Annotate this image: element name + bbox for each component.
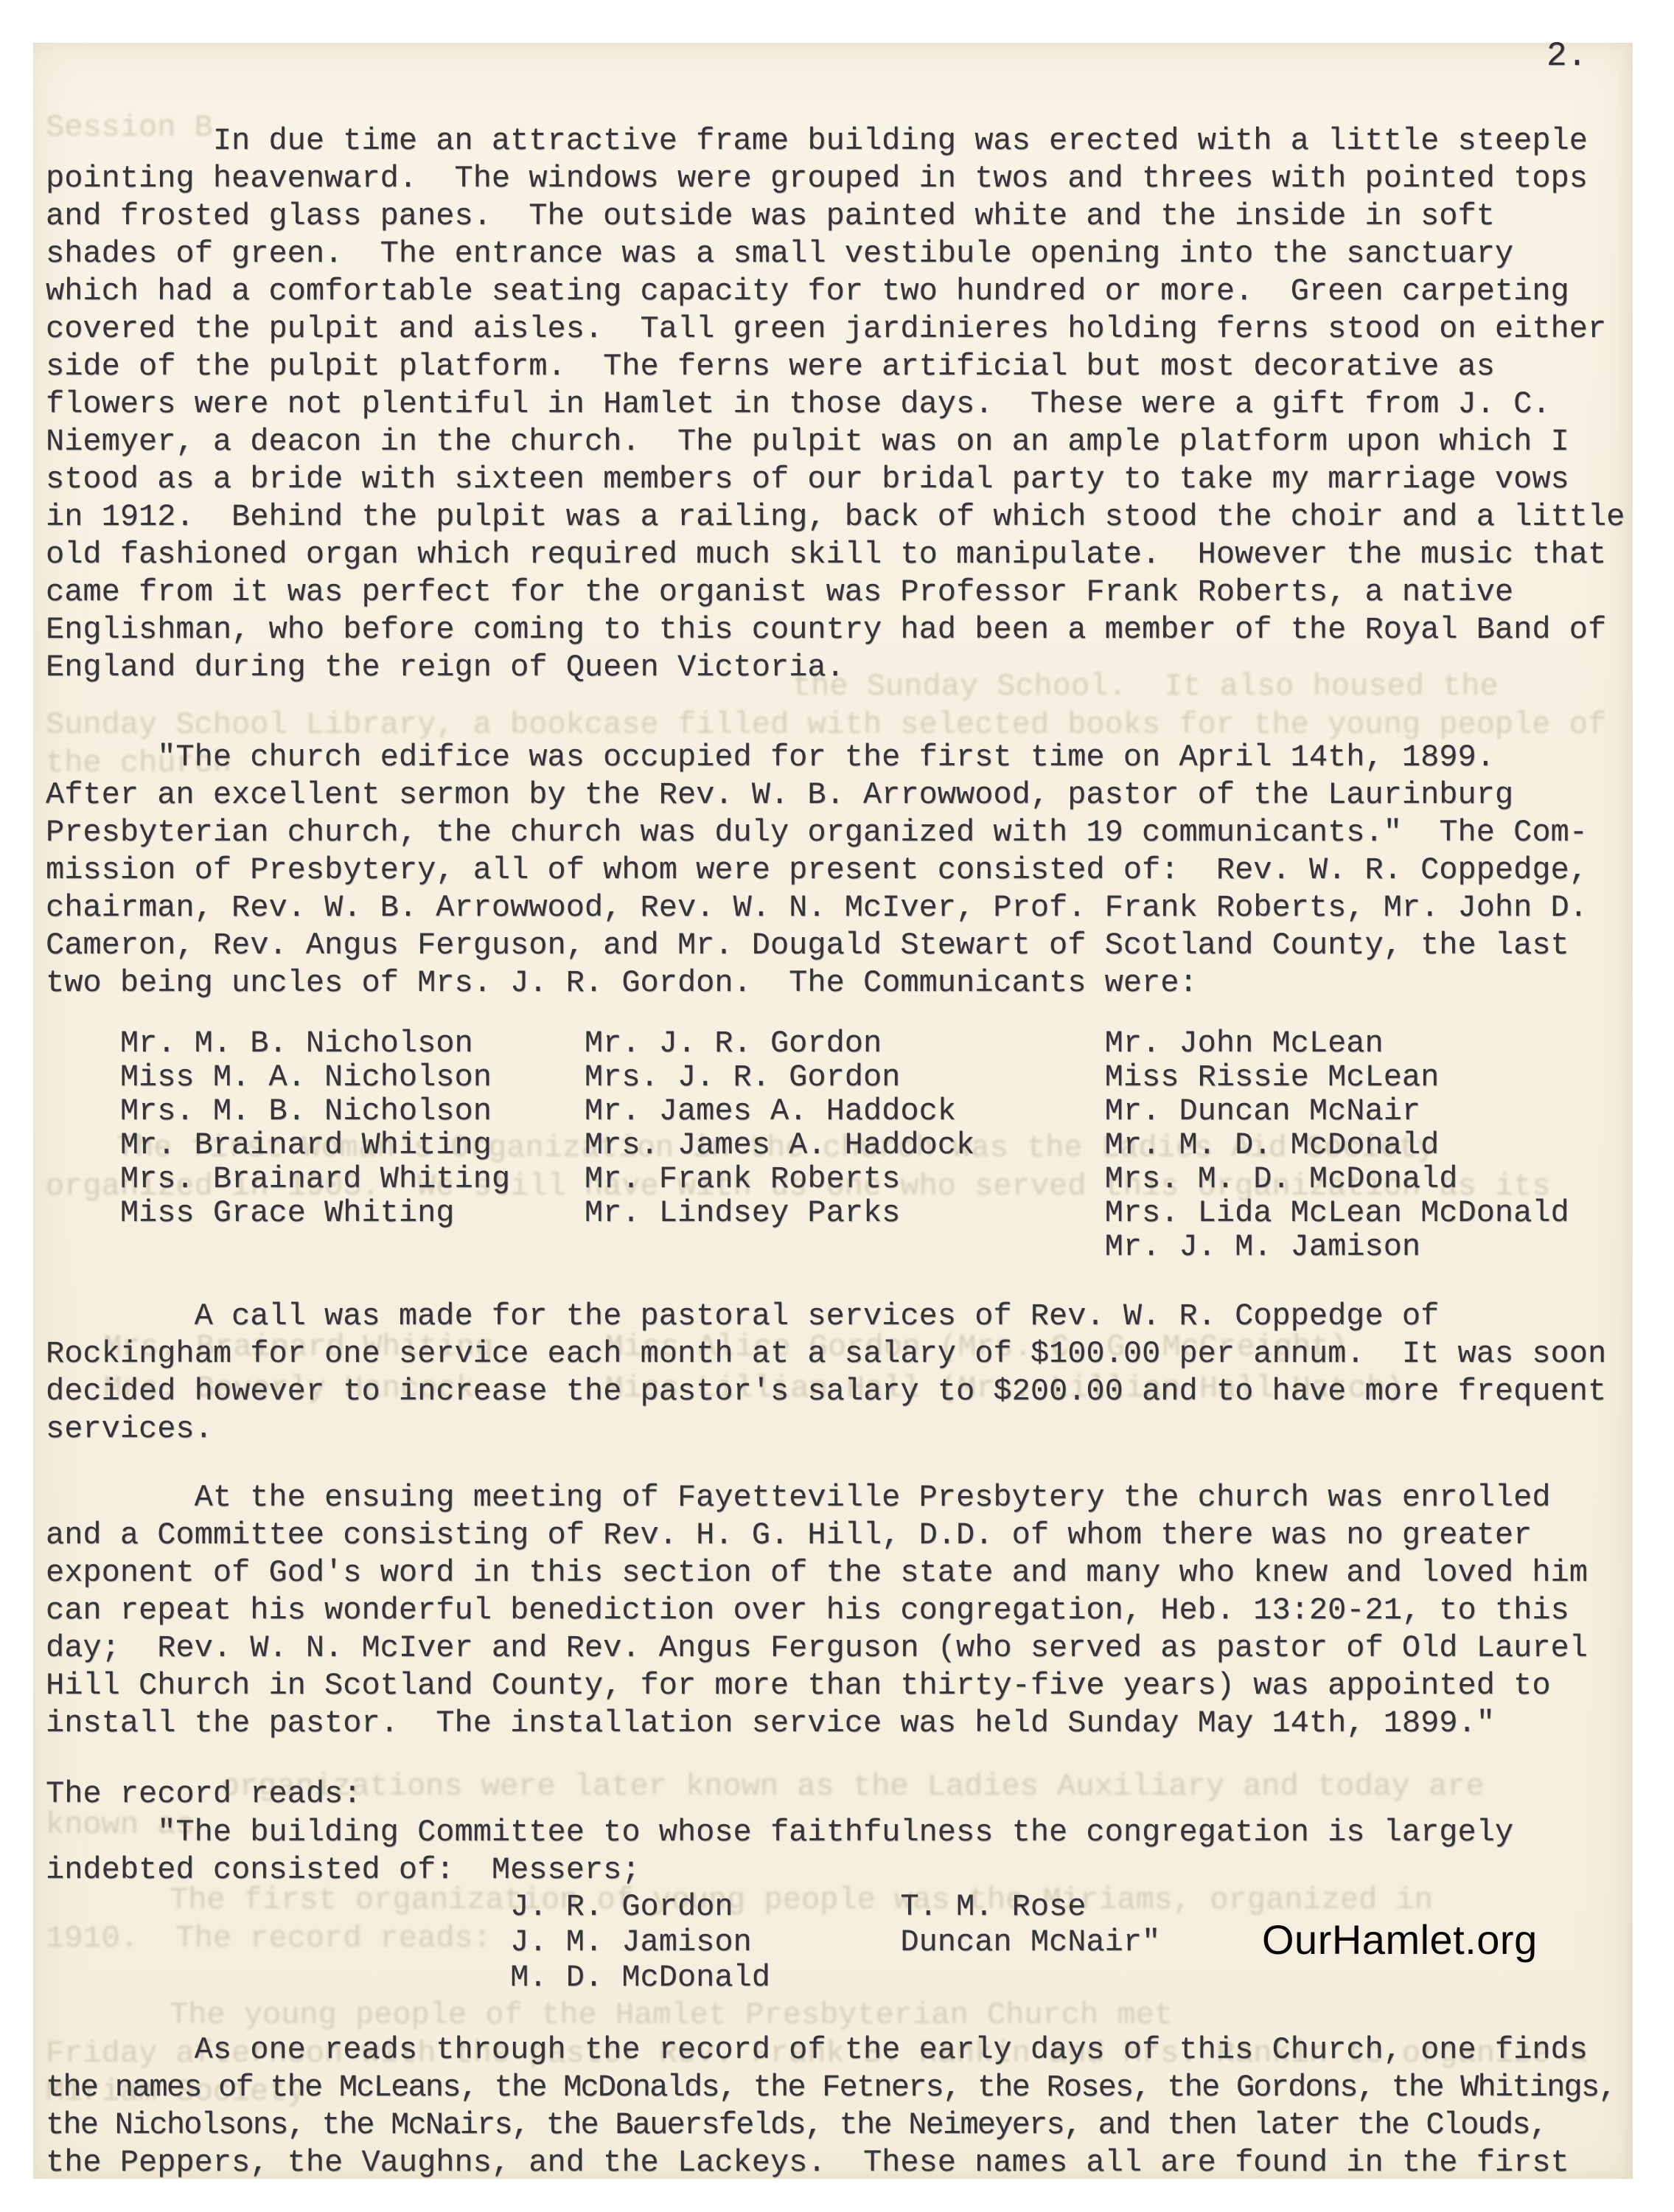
paragraph-building-committee: "The building Committee to whose faithfu… <box>46 1814 1513 1889</box>
text-line: J. M. Jamison Duncan McNair" <box>46 1924 1160 1960</box>
text-line: day; Rev. W. N. McIver and Rev. Angus Fe… <box>46 1630 1588 1667</box>
watermark: OurHamlet.org <box>1262 1916 1538 1964</box>
text-line: can repeat his wonderful benediction ove… <box>46 1592 1588 1630</box>
text-line: mission of Presbytery, all of whom were … <box>46 852 1588 889</box>
text-line: Niemyer, a deacon in the church. The pul… <box>46 423 1625 461</box>
text-line: and a Committee consisting of Rev. H. G.… <box>46 1517 1588 1554</box>
text-line: Presbyterian church, the church was duly… <box>46 814 1588 852</box>
text-line: J. R. Gordon T. M. Rose <box>46 1889 1160 1924</box>
record-reads-label: The record reads: <box>46 1775 361 1813</box>
communicants-name-list: Mr. M. B. Nicholson Mr. J. R. Gordon Mr.… <box>46 1026 1569 1264</box>
text-line: Cameron, Rev. Angus Ferguson, and Mr. Do… <box>46 927 1588 964</box>
text-line: which had a comfortable seating capacity… <box>46 273 1625 310</box>
text-line: pointing heavenward. The windows were gr… <box>46 160 1625 198</box>
text-line: As one reads through the record of the e… <box>46 2031 1616 2069</box>
building-committee-name-list: J. R. Gordon T. M. Rose J. M. Jamison Du… <box>46 1889 1160 1995</box>
text-line: old fashioned organ which required much … <box>46 536 1625 574</box>
text-line: exponent of God's word in this section o… <box>46 1554 1588 1592</box>
text-line: stood as a bride with sixteen members of… <box>46 461 1625 498</box>
page-number: 2. <box>1546 37 1587 75</box>
text-line: came from it was perfect for the organis… <box>46 574 1625 611</box>
text-line: Mrs. M. B. Nicholson Mr. James A. Haddoc… <box>46 1094 1569 1128</box>
text-line: Englishman, who before coming to this co… <box>46 611 1625 649</box>
text-line: decided however to increase the pastor's… <box>46 1373 1606 1411</box>
text-line: Mr. M. B. Nicholson Mr. J. R. Gordon Mr.… <box>46 1026 1569 1060</box>
text-line: Mrs. Brainard Whiting Mr. Frank Roberts … <box>46 1162 1569 1196</box>
text-line: indebted consisted of: Messers; <box>46 1851 1513 1889</box>
text-line: At the ensuing meeting of Fayetteville P… <box>46 1479 1588 1517</box>
paragraph-presbytery-meeting: At the ensuing meeting of Fayetteville P… <box>46 1479 1588 1742</box>
text-line: flowers were not plentiful in Hamlet in … <box>46 386 1625 423</box>
text-line: "The church edifice was occupied for the… <box>46 739 1588 776</box>
text-line: In due time an attractive frame building… <box>46 122 1625 160</box>
text-line: Miss M. A. Nicholson Mrs. J. R. Gordon M… <box>46 1060 1569 1094</box>
text-line: chairman, Rev. W. B. Arrowwood, Rev. W. … <box>46 889 1588 927</box>
paragraph-building-description: In due time an attractive frame building… <box>46 122 1625 686</box>
text-line: A call was made for the pastoral service… <box>46 1298 1606 1335</box>
text-line: Miss Grace Whiting Mr. Lindsey Parks Mrs… <box>46 1196 1569 1230</box>
text-line: install the pastor. The installation ser… <box>46 1705 1588 1742</box>
ghost-text-line: organizations were later known as the La… <box>221 1768 1485 1806</box>
text-line: After an excellent sermon by the Rev. W.… <box>46 776 1588 814</box>
text-line: Hill Church in Scotland County, for more… <box>46 1667 1588 1705</box>
text-line: side of the pulpit platform. The ferns w… <box>46 348 1625 386</box>
text-line: Mr. J. M. Jamison <box>46 1230 1569 1264</box>
text-line: the names of the McLeans, the McDonalds,… <box>46 2069 1616 2107</box>
text-line: England during the reign of Queen Victor… <box>46 649 1625 686</box>
text-line: and frosted glass panes. The outside was… <box>46 198 1625 235</box>
paragraph-family-names: As one reads through the record of the e… <box>46 2031 1616 2182</box>
text-line: The record reads: <box>46 1775 361 1813</box>
text-line: in 1912. Behind the pulpit was a railing… <box>46 498 1625 536</box>
text-line: Rockingham for one service each month at… <box>46 1335 1606 1373</box>
text-line: "The building Committee to whose faithfu… <box>46 1814 1513 1851</box>
text-line: two being uncles of Mrs. J. R. Gordon. T… <box>46 964 1588 1002</box>
paragraph-church-organization: "The church edifice was occupied for the… <box>46 739 1588 1002</box>
paragraph-pastoral-call: A call was made for the pastoral service… <box>46 1298 1606 1448</box>
text-line: Mr. Brainard Whiting Mrs. James A. Haddo… <box>46 1128 1569 1162</box>
scanned-document-page: Session Bthe Sunday School. It also hous… <box>0 0 1674 2212</box>
ghost-text-line: The young people of the Hamlet Presbyter… <box>170 1997 1173 2034</box>
text-line: the Nicholsons, the McNairs, the Bauersf… <box>46 2107 1616 2144</box>
text-line: M. D. McDonald <box>46 1960 1160 1995</box>
text-line: the Peppers, the Vaughns, and the Lackey… <box>46 2144 1616 2182</box>
text-line: shades of green. The entrance was a smal… <box>46 235 1625 273</box>
text-line: services. <box>46 1411 1606 1448</box>
text-line: covered the pulpit and aisles. Tall gree… <box>46 310 1625 348</box>
